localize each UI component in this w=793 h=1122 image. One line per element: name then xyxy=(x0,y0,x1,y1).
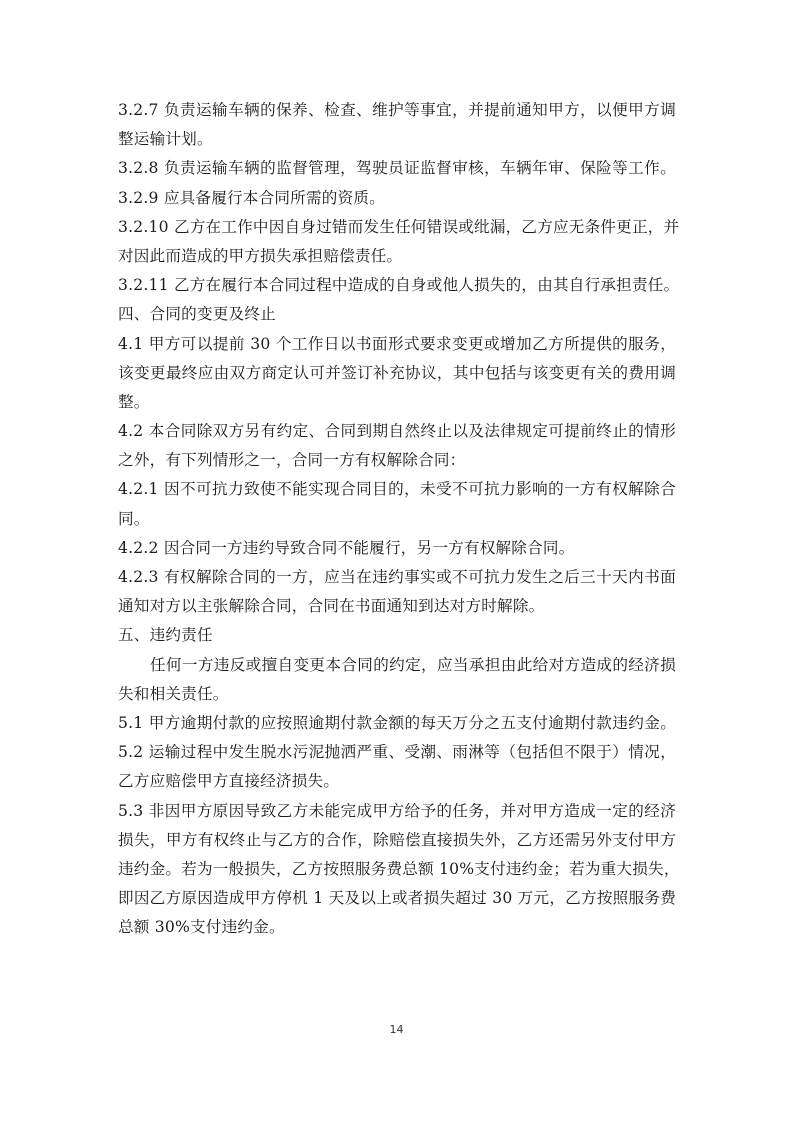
clause-4-1-line-3: 整。 xyxy=(118,388,676,417)
clause-3-2-11: 3.2.11 乙方在履行本合同过程中造成的自身或他人损失的，由其自行承担责任。 xyxy=(118,271,676,300)
page-number: 14 xyxy=(0,1023,793,1036)
clause-3-2-9: 3.2.9 应具备履行本合同所需的资质。 xyxy=(118,184,676,213)
clause-4-2-1-line-2: 同。 xyxy=(118,505,676,534)
clause-4-2-line-2: 之外，有下列情形之一，合同一方有权解除合同： xyxy=(118,446,676,475)
clause-3-2-7-line-1: 3.2.7 负责运输车辆的保养、检查、维护等事宜，并提前通知甲方，以便甲方调 xyxy=(118,96,676,125)
clause-4-2-3-line-2: 通知对方以主张解除合同，合同在书面通知到达对方时解除。 xyxy=(118,592,676,621)
clause-4-2-2: 4.2.2 因合同一方违约导致合同不能履行，另一方有权解除合同。 xyxy=(118,534,676,563)
clause-3-2-10-line-1: 3.2.10 乙方在工作中因自身过错而发生任何错误或纰漏，乙方应无条件更正，并 xyxy=(118,213,676,242)
clause-5-2-line-1: 5.2 运输过程中发生脱水污泥抛洒严重、受潮、雨淋等（包括但不限于）情况， xyxy=(118,738,676,767)
clause-5-3-line-1: 5.3 非因甲方原因导致乙方未能完成甲方给予的任务，并对甲方造成一定的经济 xyxy=(118,797,676,826)
section-heading-5: 五、违约责任 xyxy=(118,621,676,650)
clause-5-2-line-2: 乙方应赔偿甲方直接经济损失。 xyxy=(118,767,676,796)
clause-4-1-line-2: 该变更最终应由双方商定认可并签订补充协议，其中包括与该变更有关的费用调 xyxy=(118,359,676,388)
document-body: 3.2.7 负责运输车辆的保养、检查、维护等事宜，并提前通知甲方，以便甲方调 整… xyxy=(118,96,676,942)
section-5-intro-line-1: 任何一方违反或擅自变更本合同的约定，应当承担由此给对方造成的经济损 xyxy=(118,651,676,680)
clause-3-2-7-line-2: 整运输计划。 xyxy=(118,125,676,154)
clause-3-2-8: 3.2.8 负责运输车辆的监督管理，驾驶员证监督审核，车辆年审、保险等工作。 xyxy=(118,154,676,183)
clause-4-1-line-1: 4.1 甲方可以提前 30 个工作日以书面形式要求变更或增加乙方所提供的服务， xyxy=(118,330,676,359)
clause-5-3-line-3: 违约金。若为一般损失，乙方按照服务费总额 10%支付违约金；若为重大损失， xyxy=(118,855,676,884)
clause-4-2-1-line-1: 4.2.1 因不可抗力致使不能实现合同目的，未受不可抗力影响的一方有权解除合 xyxy=(118,475,676,504)
clause-5-3-line-2: 损失，甲方有权终止与乙方的合作，除赔偿直接损失外，乙方还需另外支付甲方 xyxy=(118,826,676,855)
section-5-intro-line-2: 失和相关责任。 xyxy=(118,680,676,709)
clause-4-2-line-1: 4.2 本合同除双方另有约定、合同到期自然终止以及法律规定可提前终止的情形 xyxy=(118,417,676,446)
clause-5-3-line-4: 即因乙方原因造成甲方停机 1 天及以上或者损失超过 30 万元，乙方按照服务费 xyxy=(118,884,676,913)
clause-5-1: 5.1 甲方逾期付款的应按照逾期付款金额的每天万分之五支付逾期付款违约金。 xyxy=(118,709,676,738)
clause-4-2-3-line-1: 4.2.3 有权解除合同的一方，应当在违约事实或不可抗力发生之后三十天内书面 xyxy=(118,563,676,592)
clause-5-3-line-5: 总额 30%支付违约金。 xyxy=(118,913,676,942)
section-heading-4: 四、合同的变更及终止 xyxy=(118,300,676,329)
clause-3-2-10-line-2: 对因此而造成的甲方损失承担赔偿责任。 xyxy=(118,242,676,271)
